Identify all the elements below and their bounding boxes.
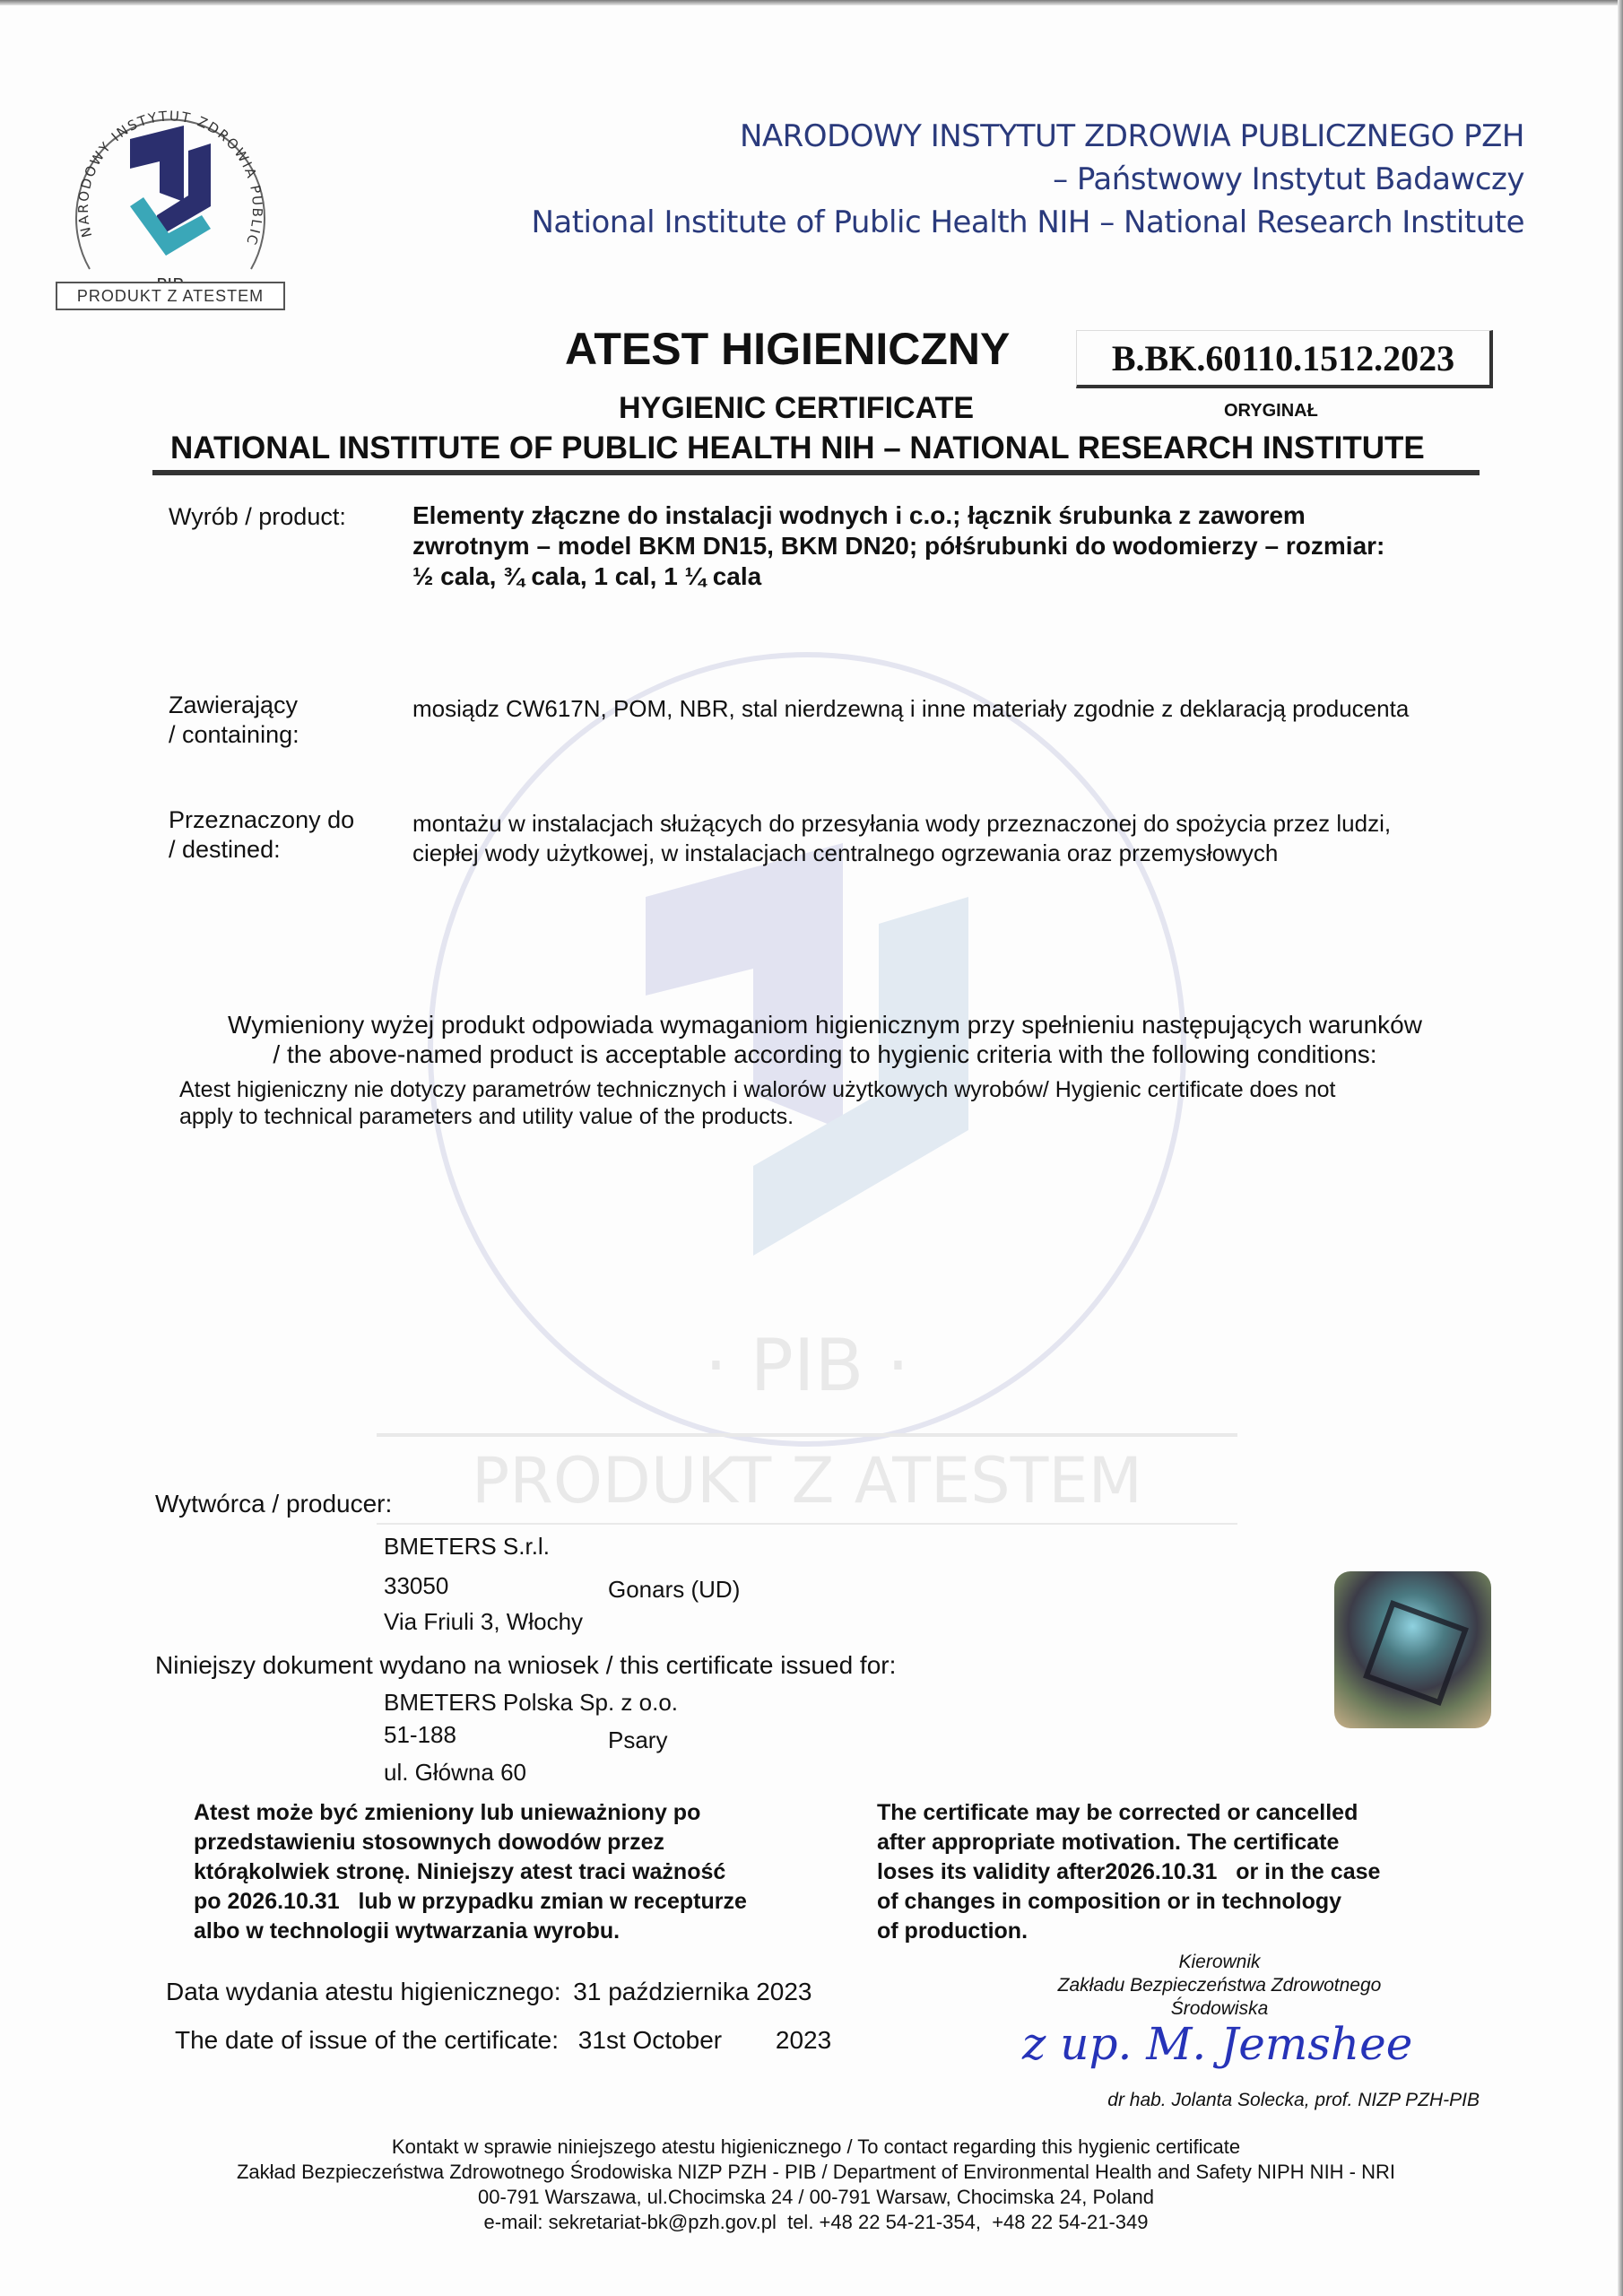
- notice-line: loses its validity after2026.10.31 or in…: [877, 1857, 1380, 1887]
- svg-text:PRODUKT Z ATESTEM: PRODUKT Z ATESTEM: [472, 1444, 1142, 1518]
- footer-line: Zakład Bezpieczeństwa Zdrowotnego Środow…: [152, 2160, 1480, 2185]
- issue-date-en-value: 31st October: [578, 2026, 722, 2054]
- destined-label: Przeznaczony do / destined:: [169, 805, 354, 865]
- signer-name: dr hab. Jolanta Solecka, prof. NIZP PZH-…: [977, 2090, 1480, 2111]
- signatory-title: Kierownik Zakładu Bezpieczeństwa Zdrowot…: [959, 1951, 1480, 2021]
- conditions-heading-pl: Wymieniony wyżej produkt odpowiada wymag…: [170, 1010, 1480, 1039]
- applicant-name: BMETERS Polska Sp. z o.o.: [384, 1688, 678, 1717]
- notice-line: albo w technologii wytwarzania wyrobu.: [194, 1917, 747, 1946]
- pzh-logo-icon: NARODOWY INSTYTUT ZDROWIA PUBLICZNEGO PI…: [54, 81, 287, 314]
- producer-city: Gonars (UD): [608, 1575, 740, 1604]
- hologram-seal-icon: [1334, 1571, 1491, 1728]
- containing-label-en: / containing:: [169, 720, 299, 750]
- handwritten-signature: z up. M. Jemshee: [1022, 2018, 1412, 2070]
- notice-line: przedstawieniu stosownych dowodów przez: [194, 1828, 747, 1857]
- institute-header: NARODOWY INSTYTUT ZDROWIA PUBLICZNEGO PZ…: [531, 115, 1524, 244]
- issue-date-en-year: 2023: [776, 2026, 831, 2054]
- validity-notice-en: The certificate may be corrected or canc…: [877, 1798, 1380, 1946]
- producer-name: BMETERS S.r.l.: [384, 1532, 550, 1561]
- issue-date-pl-label: Data wydania atestu higienicznego:: [166, 1978, 561, 2005]
- issue-date-pl-value: 31 października 2023: [573, 1978, 811, 2005]
- applicant-city: Psary: [608, 1726, 667, 1754]
- destined-label-pl: Przeznaczony do: [169, 805, 354, 835]
- applicant-label: Niniejszy dokument wydano na wniosek / t…: [155, 1650, 896, 1681]
- containing-label: Zawierający / containing:: [169, 691, 299, 750]
- conditions-body: Atest higieniczny nie dotyczy parametrów…: [179, 1076, 1480, 1130]
- producer-street: Via Friuli 3, Włochy: [384, 1607, 583, 1636]
- issue-date-en-label: The date of issue of the certificate:: [175, 2026, 559, 2054]
- containing-label-pl: Zawierający: [169, 691, 299, 720]
- institute-subtitle-pl: – Państwowy Instytut Badawczy: [531, 158, 1524, 201]
- product-label: Wyrób / product:: [169, 502, 346, 532]
- document-subtitle: HYGIENIC CERTIFICATE: [619, 391, 974, 426]
- notice-line: after appropriate motivation. The certif…: [877, 1828, 1380, 1857]
- hologram-monogram: [1363, 1600, 1469, 1706]
- conditions-heading: Wymieniony wyżej produkt odpowiada wymag…: [170, 1010, 1480, 1069]
- product-line: ½ cala, ¾ cala, 1 cal, 1 ¼ cala: [412, 561, 1488, 592]
- validity-notice-pl: Atest może być zmieniony lub unieważnion…: [194, 1798, 747, 1946]
- scan-edge-top: [0, 0, 1623, 5]
- contact-footer: Kontakt w sprawie niniejszego atestu hig…: [152, 2135, 1480, 2235]
- product-line: Elementy złączne do instalacji wodnych i…: [412, 500, 1488, 531]
- containing-value: mosiądz CW617N, POM, NBR, stal nierdzewn…: [412, 694, 1488, 724]
- notice-line: of production.: [877, 1917, 1380, 1946]
- footer-contact-line: e-mail: sekretariat-bk@pzh.gov.pl tel. +…: [152, 2210, 1480, 2235]
- notice-line: po 2026.10.31 lub w przypadku zmian w re…: [194, 1887, 747, 1917]
- producer-postal-code: 33050: [384, 1571, 448, 1600]
- conditions-line: Atest higieniczny nie dotyczy parametrów…: [179, 1076, 1480, 1103]
- notice-line: którąkolwiek stronę. Niniejszy atest tra…: [194, 1857, 747, 1887]
- signatory-title-line: Kierownik: [959, 1951, 1480, 1974]
- footer-line: 00-791 Warszawa, ul.Chocimska 24 / 00-79…: [152, 2185, 1480, 2210]
- notice-line: The certificate may be corrected or canc…: [877, 1798, 1380, 1828]
- applicant-street: ul. Główna 60: [384, 1758, 526, 1787]
- notice-line: of changes in composition or in technolo…: [877, 1887, 1380, 1917]
- svg-text:· PIB ·: · PIB ·: [705, 1324, 909, 1407]
- issue-date-pl: Data wydania atestu higienicznego: 31 pa…: [166, 1977, 812, 2007]
- conditions-line: apply to technical parameters and utilit…: [179, 1103, 1480, 1130]
- certificate-page: PRODUKT Z ATESTEM · PIB · NARODOWY INSTY…: [0, 0, 1623, 2296]
- destined-label-en: / destined:: [169, 835, 354, 865]
- institute-name-en: National Institute of Public Health NIH …: [531, 201, 1524, 244]
- issue-date-en: The date of issue of the certificate: 31…: [175, 2025, 831, 2056]
- notice-line: Atest może być zmieniony lub unieważnion…: [194, 1798, 747, 1828]
- logo-label: PRODUKT Z ATESTEM: [56, 282, 285, 310]
- original-mark: ORYGINAŁ: [1224, 401, 1318, 422]
- issuing-institute: NATIONAL INSTITUTE OF PUBLIC HEALTH NIH …: [170, 430, 1425, 466]
- certificate-number: B.BK.60110.1512.2023: [1076, 330, 1493, 388]
- document-title: ATEST HIGIENICZNY: [565, 323, 1010, 375]
- scan-edge-right: [1618, 0, 1623, 2296]
- signatory-title-line: Zakładu Bezpieczeństwa Zdrowotnego: [959, 1974, 1480, 1997]
- destined-line: ciepłej wody użytkowej, w instalacjach c…: [412, 839, 1488, 868]
- destined-line: montażu w instalacjach służących do prze…: [412, 809, 1488, 839]
- conditions-heading-en: / the above-named product is acceptable …: [170, 1039, 1480, 1069]
- producer-label: Wytwórca / producer:: [155, 1489, 392, 1519]
- product-value: Elementy złączne do instalacji wodnych i…: [412, 500, 1488, 592]
- institute-name-pl: NARODOWY INSTYTUT ZDROWIA PUBLICZNEGO PZ…: [531, 115, 1524, 158]
- footer-line: Kontakt w sprawie niniejszego atestu hig…: [152, 2135, 1480, 2160]
- product-line: zwrotnym – model BKM DN15, BKM DN20; pół…: [412, 531, 1488, 561]
- destined-value: montażu w instalacjach służących do prze…: [412, 809, 1488, 868]
- applicant-postal-code: 51-188: [384, 1720, 456, 1749]
- title-divider: [152, 470, 1480, 475]
